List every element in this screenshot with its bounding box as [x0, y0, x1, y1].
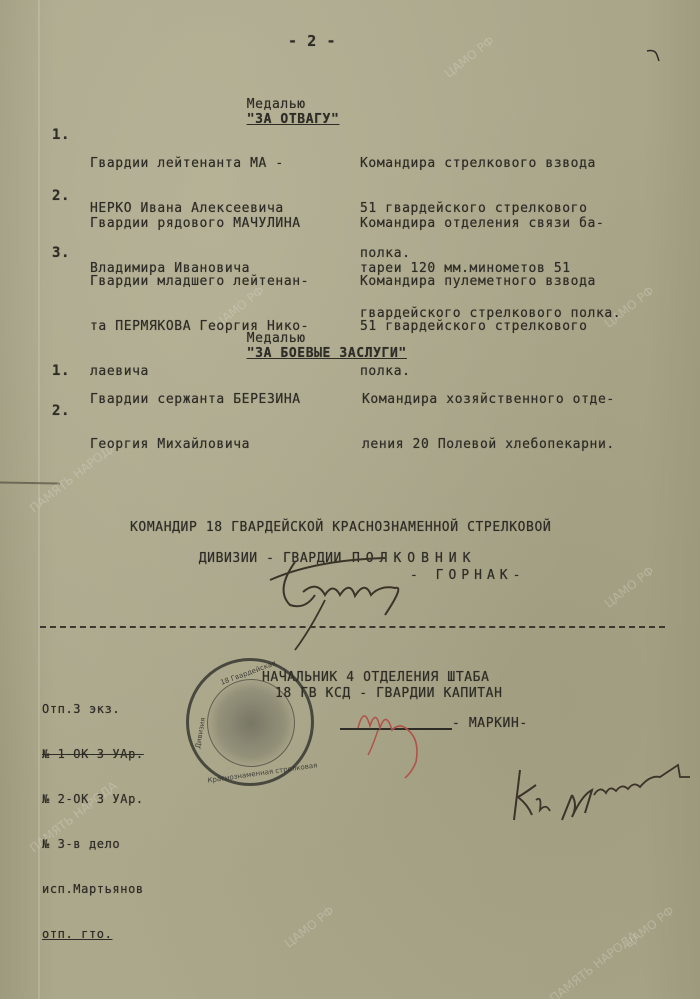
- medal-prefix: Медалью: [247, 331, 306, 346]
- page-number: - 2 -: [288, 34, 336, 49]
- distribution-line: № 1-ОК 3 УАр.: [42, 747, 144, 762]
- position-line: Командира отделения связи ба-: [360, 216, 621, 231]
- position-line: Командира пулеметного взвода: [360, 274, 596, 289]
- chief-surname: - МАРКИН-: [452, 716, 528, 731]
- distribution-list: Отп.3 экз. № 1-ОК 3 УАр. № 2-ОК 3 УАр. №…: [42, 672, 144, 972]
- watermark: ЦАМО РФ: [442, 33, 497, 80]
- medal-title: "ЗА ОТВАГУ": [247, 112, 340, 127]
- pencil-mark: [645, 45, 665, 65]
- name-line: Георгия Михайловича: [90, 437, 301, 452]
- distribution-line: отп. гто.: [42, 927, 144, 942]
- handwritten-note-text: Кр Игнатов: [520, 780, 521, 781]
- distribution-line: Отп.3 экз.: [42, 702, 144, 717]
- entry-number: 2.: [52, 404, 70, 419]
- awardee-position: Командира хозяйственного отде- ления 20 …: [362, 362, 615, 482]
- medal-title: "ЗА БОЕВЫЕ ЗАСЛУГИ": [247, 346, 407, 361]
- red-pencil-signature-icon: [350, 700, 440, 780]
- entry-number: 2.: [52, 189, 70, 204]
- entry-number: 1.: [52, 364, 70, 379]
- archival-document-page: ЦАМО РФ ЦАМО РФ ЦАМО РФ ПАМЯТЬ НАРОДА ЦА…: [0, 0, 700, 999]
- distribution-line: № 2-ОК 3 УАр.: [42, 792, 144, 807]
- distribution-line: № 3-в дело: [42, 837, 144, 852]
- name-line: Гвардии лейтенанта МА -: [90, 156, 284, 171]
- commander-signature-icon: [255, 540, 425, 660]
- name-line: Гвардии сержанта БЕРЕЗИНА: [90, 392, 301, 407]
- medal-prefix: Медалью: [247, 97, 306, 112]
- position-line: ления 20 Полевой хлебопекарни.: [362, 437, 615, 452]
- watermark: ПАМЯТЬ НАРОДА: [547, 929, 640, 999]
- separator-rule: [40, 626, 665, 628]
- position-line: Командира хозяйственного отде-: [362, 392, 615, 407]
- handwritten-note-icon: [510, 755, 690, 825]
- seal-text-left: Дивизия: [194, 717, 207, 749]
- distribution-line: исп.Мартьянов: [42, 882, 144, 897]
- awardee-name: Гвардии сержанта БЕРЕЗИНА Георгия Михайл…: [90, 362, 301, 482]
- chief-rank: 18 ГВ КСД - ГВАРДИИ КАПИТАН: [275, 686, 503, 701]
- name-line: Гвардии рядового МАЧУЛИНА: [90, 216, 301, 231]
- watermark: ЦАМО РФ: [282, 903, 337, 950]
- entry-number: 3.: [52, 246, 70, 261]
- chief-title: НАЧАЛЬНИК 4 ОТДЕЛЕНИЯ ШТАБА: [262, 670, 490, 685]
- position-line: Командира стрелкового взвода: [360, 156, 596, 171]
- commander-surname: - ГОРНАК-: [410, 568, 525, 583]
- watermark: ЦАМО РФ: [602, 563, 657, 610]
- name-line: Гвардии младшего лейтенан-: [90, 274, 309, 289]
- commander-title: КОМАНДИР 18 ГВАРДЕЙСКОЙ КРАСНОЗНАМЕННОЙ …: [130, 520, 551, 535]
- entry-number: 1.: [52, 128, 70, 143]
